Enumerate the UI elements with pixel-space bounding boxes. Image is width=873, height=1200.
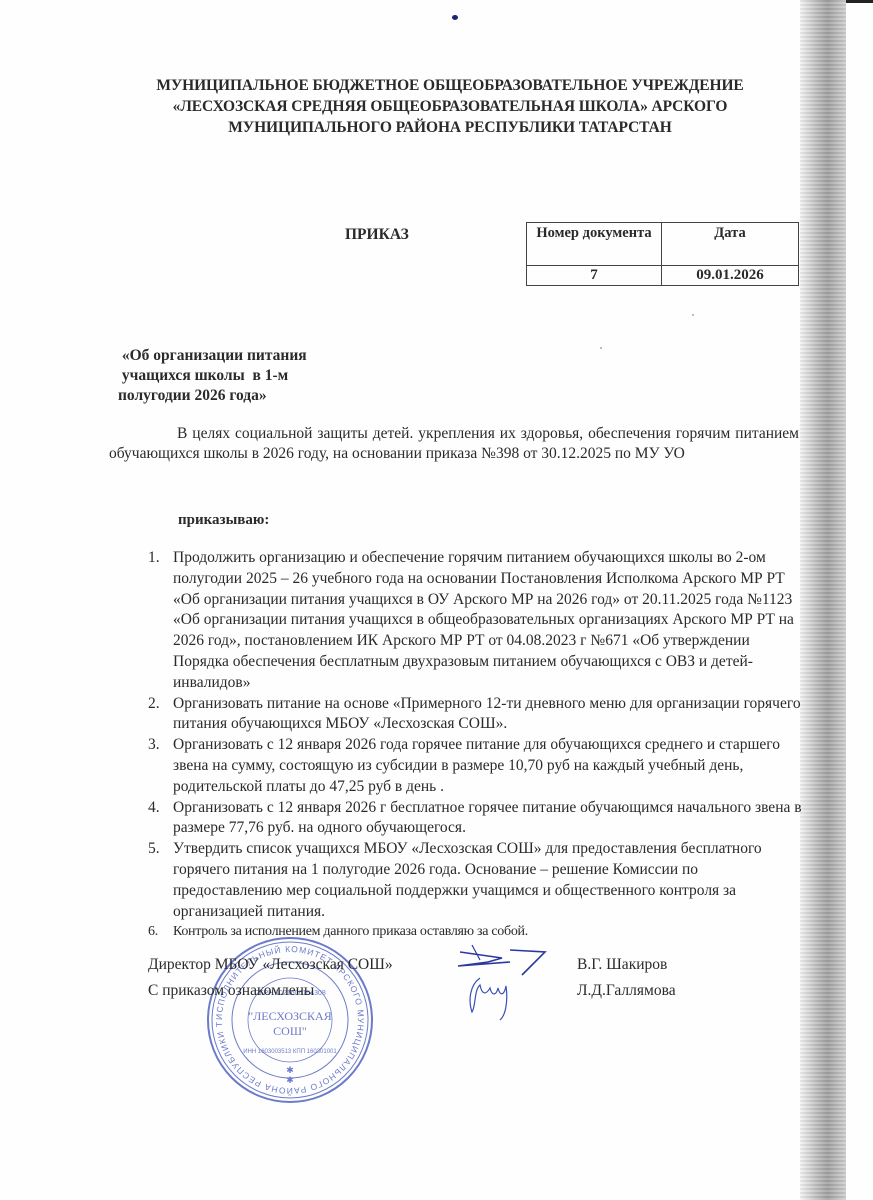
director-name: В.Г. Шакиров [577,956,667,974]
institution-header: МУНИЦИПАЛЬНОЕ БЮДЖЕТНОЕ ОБЩЕОБРАЗОВАТЕЛЬ… [140,75,760,138]
speck [600,347,602,349]
order-subject: «Об организации питания учащихся школы в… [118,346,307,406]
svg-text:"ЛЕСХОЗСКАЯ: "ЛЕСХОЗСКАЯ [248,1009,331,1023]
svg-text:✱: ✱ [286,1075,294,1085]
svg-text:ИНН 1603003513 КПП 160301001: ИНН 1603003513 КПП 160301001 [243,1049,337,1055]
list-item: 1.Продолжить организацию и обеспечение г… [148,548,808,694]
svg-text:✱: ✱ [286,1065,294,1075]
document-number-date-table: Номер документа Дата 7 09.01.2026 [526,222,799,286]
item-text: Утвердить список учащихся МБОУ «Лесхозск… [173,840,762,919]
acknowledged-name: Л.Д.Галлямова [577,982,676,1000]
orders-word: приказываю: [178,512,269,529]
acknowledged-label: С приказом ознакомлены [148,982,314,1000]
item-number: 1. [148,548,160,569]
header-line: МУНИЦИПАЛЬНОЕ БЮДЖЕТНОЕ ОБЩЕОБРАЗОВАТЕЛЬ… [140,75,760,96]
ink-dot [452,15,458,20]
item-number: 5. [148,839,160,860]
item-text: Продолжить организацию и обеспечение гор… [173,549,794,691]
item-number: 6. [148,922,158,943]
item-text: Организовать питание на основе «Примерно… [173,695,801,733]
list-item: 2.Организовать питание на основе «Пример… [148,694,808,736]
director-label: Директор МБОУ «Лесхозская СОШ» [148,956,393,974]
list-item: 3.Организовать с 12 января 2026 года гор… [148,735,808,797]
subject-line: учащихся школы в 1-м [118,366,307,386]
document-type-title: ПРИКАЗ [345,226,409,244]
handwritten-signature-icon [450,940,560,1030]
order-items-list: 1.Продолжить организацию и обеспечение г… [148,548,808,943]
scan-top-edge [846,0,873,3]
item-number: 3. [148,735,160,756]
svg-text:СОШ": СОШ" [273,1024,307,1038]
doc-date-value: 09.01.2026 [662,266,799,286]
doc-date-header: Дата [662,223,799,266]
header-line: МУНИЦИПАЛЬНОГО РАЙОНА РЕСПУБЛИКИ ТАТАРСТ… [140,117,760,138]
item-number: 4. [148,798,160,819]
doc-number-header: Номер документа [527,223,662,266]
list-item: 5.Утвердить список учащихся МБОУ «Лесхоз… [148,839,808,922]
header-line: «ЛЕСХОЗСКАЯ СРЕДНЯЯ ОБЩЕОБРАЗОВАТЕЛЬНАЯ … [140,96,760,117]
subject-line: «Об организации питания [118,346,307,366]
subject-line: полугодии 2026 года» [118,386,307,406]
preamble-paragraph: В целях социальной защиты детей. укрепле… [109,424,799,464]
doc-number-value: 7 [527,266,662,286]
item-text: Организовать с 12 января 2026 г бесплатн… [173,799,802,837]
item-text: Организовать с 12 января 2026 года горяч… [173,736,780,795]
speck [692,314,694,316]
list-item: 4.Организовать с 12 января 2026 г беспла… [148,798,808,840]
item-number: 2. [148,694,160,715]
